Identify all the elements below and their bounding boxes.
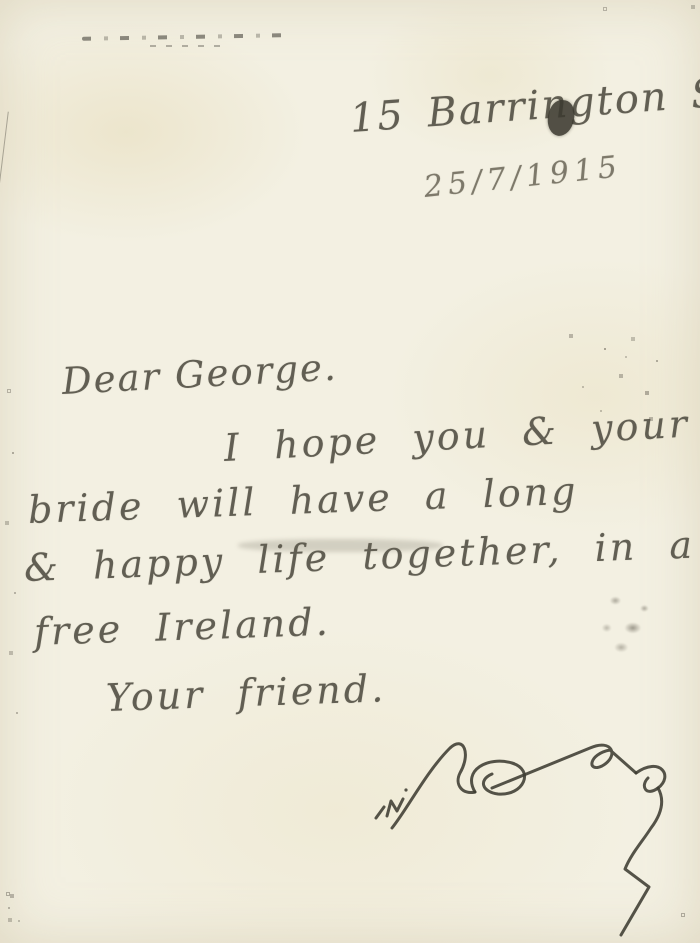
- bottom-left-specks: [7, 893, 9, 895]
- date-line: 25/7/1915: [422, 149, 623, 205]
- body-line-3: & happy life together, in a: [23, 523, 696, 590]
- speckle-cluster-right-upper: [560, 330, 562, 332]
- top-edge-smudge-2: [150, 45, 220, 47]
- top-edge-smudge: [82, 33, 282, 40]
- address-line: 15 Barrington St: [348, 69, 700, 142]
- signature-scrawl-icon: [372, 728, 694, 940]
- body-line-1: I hope you & your: [223, 402, 691, 470]
- left-margin-specks: [8, 390, 10, 392]
- body-line-4: free Ireland.: [33, 600, 331, 654]
- body-line-2: bride will have a long: [27, 469, 579, 532]
- signature: [372, 728, 694, 940]
- letter-scan: 15 Barrington St 25/7/1915 Dear George. …: [0, 0, 700, 943]
- speckle-cluster-right-lower: [598, 585, 656, 663]
- salutation-line: Dear George.: [61, 346, 339, 403]
- left-edge-crease: [0, 112, 19, 191]
- closing-line: Your friend.: [105, 666, 387, 720]
- top-right-specks: [604, 8, 606, 10]
